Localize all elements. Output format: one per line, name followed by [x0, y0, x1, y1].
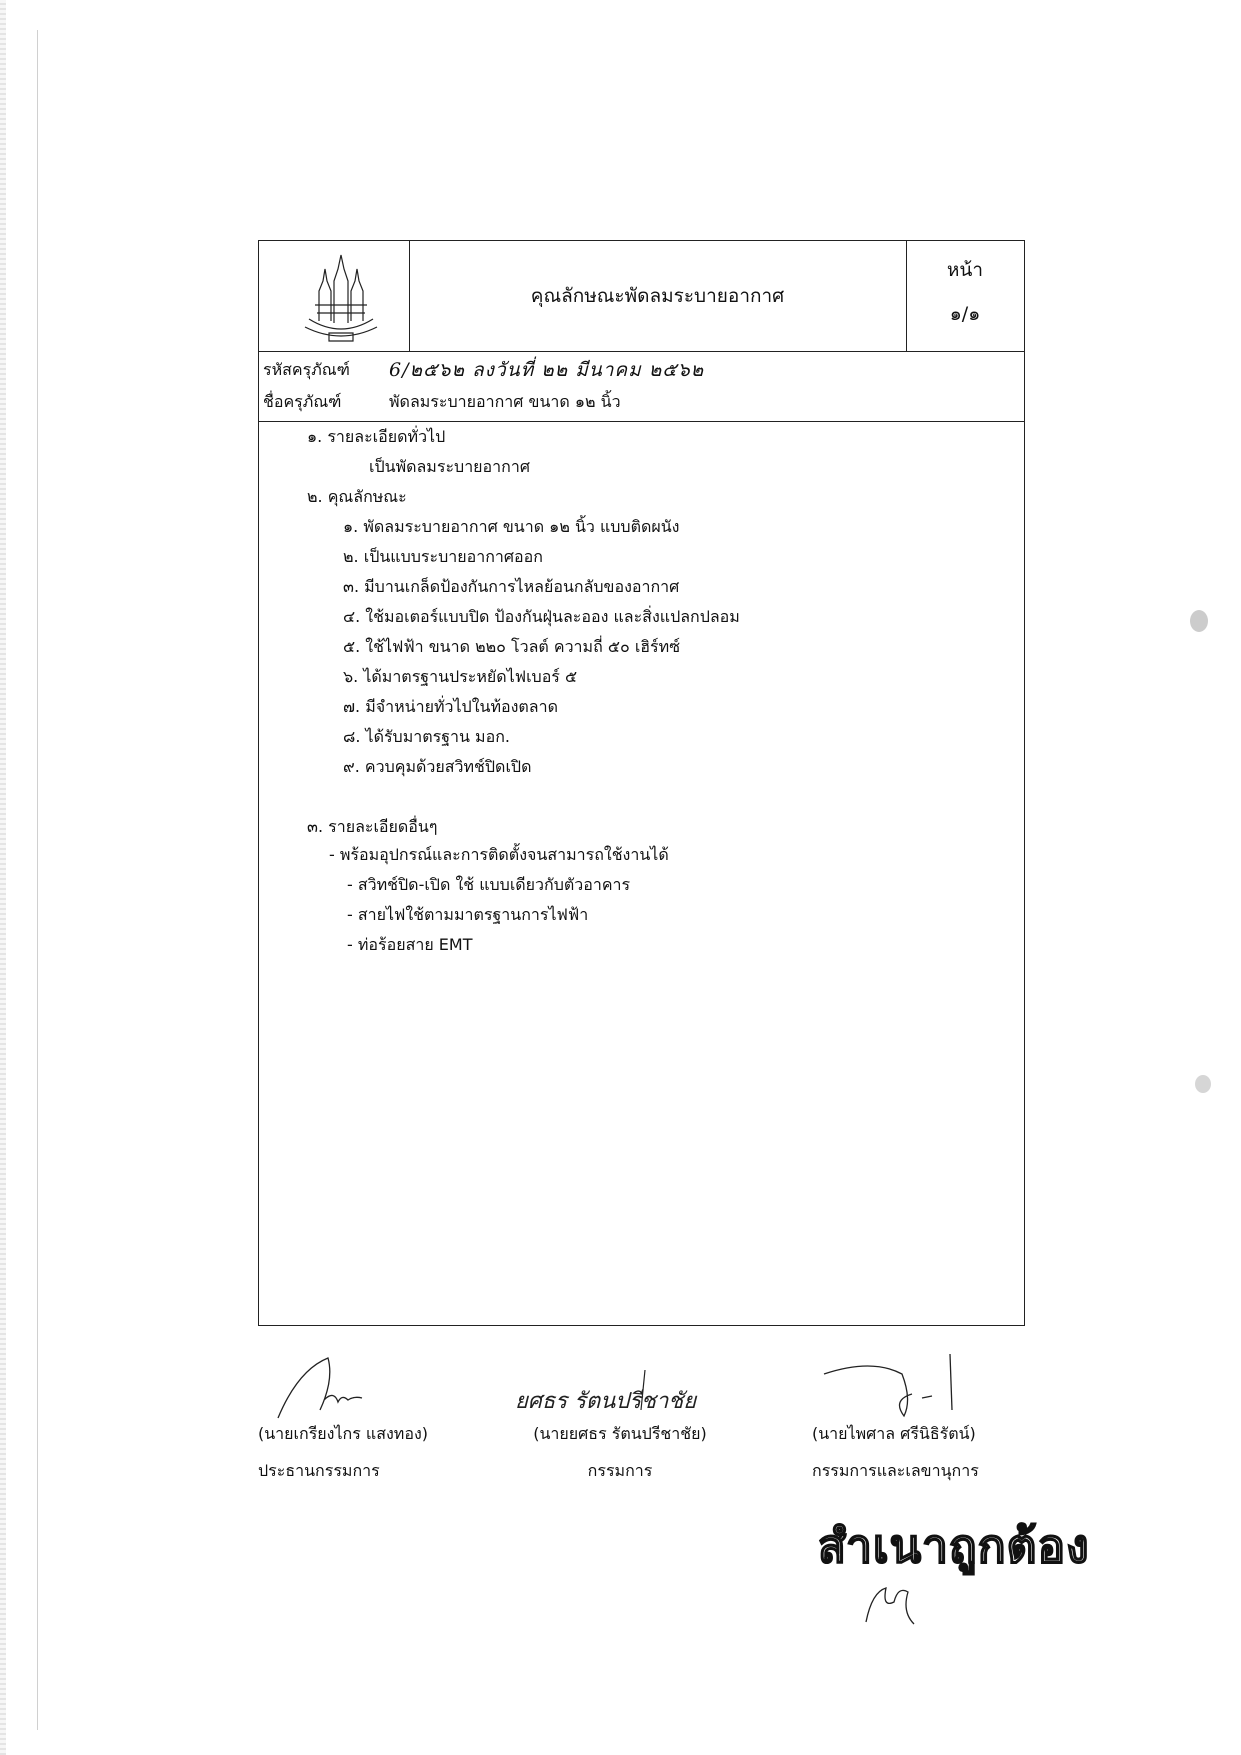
- page-number: ๑/๑: [906, 299, 1024, 329]
- list-item: ๕. ใช้ไฟฟ้า ขนาด ๒๒๐ โวลต์ ความถี่ ๕๐ เฮ…: [343, 635, 680, 660]
- signatory-secretary: (นายไพศาล ศรีนิธิรัตน์) กรรมการและเลขานุ…: [812, 1350, 1052, 1484]
- signatory-role: ประธานกรรมการ: [258, 1459, 498, 1484]
- stamp-signature-icon: [858, 1572, 928, 1628]
- institution-emblem-icon: [259, 241, 409, 351]
- section-heading: ๒. คุณลักษณะ: [307, 485, 407, 510]
- code-value: 6/๒๕๖๒ ลงวันที่ ๒๒ มีนาคม ๒๕๖๒: [389, 355, 704, 385]
- list-item: - สายไฟใช้ตามมาตรฐานการไฟฟ้า: [347, 903, 588, 928]
- spec-table: คุณลักษณะพัดลมระบายอากาศ หน้า ๑/๑ รหัสคร…: [258, 240, 1025, 1326]
- scan-artifact: [1195, 1075, 1211, 1093]
- signature-icon: [258, 1350, 398, 1422]
- signatory-member: ยศธร รัตนปรีชาชัย (นายยศธร รัตนปรีชาชัย)…: [500, 1350, 740, 1484]
- signatory-role: กรรมการและเลขานุการ: [812, 1459, 1052, 1484]
- equipment-meta: รหัสครุภัณฑ์ 6/๒๕๖๒ ลงวันที่ ๒๒ มีนาคม ๒…: [259, 351, 1024, 422]
- page-indicator: หน้า ๑/๑: [906, 241, 1024, 351]
- scan-edge: [0, 0, 6, 1755]
- name-label: ชื่อครุภัณฑ์: [263, 390, 389, 415]
- section-heading: ๓. รายละเอียดอื่นๆ: [307, 815, 437, 840]
- list-item: ๖. ได้มาตรฐานประหยัดไฟเบอร์ ๕: [343, 665, 577, 690]
- list-item: ๑. พัดลมระบายอากาศ ขนาด ๑๒ นิ้ว แบบติดผน…: [343, 515, 680, 540]
- list-item: ๘. ได้รับมาตรฐาน มอก.: [343, 725, 510, 750]
- code-row: รหัสครุภัณฑ์ 6/๒๕๖๒ ลงวันที่ ๒๒ มีนาคม ๒…: [263, 355, 704, 385]
- signature-icon: [812, 1350, 1012, 1422]
- list-item: - ท่อร้อยสาย EMT: [347, 933, 473, 958]
- section-heading: ๑. รายละเอียดทั่วไป: [307, 425, 445, 450]
- scan-edge-line: [37, 30, 38, 1730]
- code-label: รหัสครุภัณฑ์: [263, 358, 389, 383]
- list-item: - สวิทช์ปิด-เปิด ใช้ แบบเดียวกับตัวอาคาร: [347, 873, 630, 898]
- list-item: ๔. ใช้มอเตอร์แบบปิด ป้องกันฝุ่นละออง และ…: [343, 605, 740, 630]
- svg-text:ยศธร รัตนปรีชาชัย: ยศธร รัตนปรีชาชัย: [515, 1389, 698, 1414]
- signatory-role: กรรมการ: [500, 1459, 740, 1484]
- section-lead: - พร้อมอุปกรณ์และการติดตั้งจนสามารถใช้งา…: [329, 843, 669, 868]
- list-item: ๓. มีบานเกล็ดป้องกันการไหลย้อนกลับของอาก…: [343, 575, 679, 600]
- list-item: ๙. ควบคุมด้วยสวิทช์ปิดเปิด: [343, 755, 531, 780]
- document-title: คุณลักษณะพัดลมระบายอากาศ: [409, 241, 907, 351]
- logo-cell: [259, 241, 410, 351]
- signatory-name: (นายยศธร รัตนปรีชาชัย): [500, 1422, 740, 1447]
- name-row: ชื่อครุภัณฑ์ พัดลมระบายอากาศ ขนาด ๑๒ นิ้…: [263, 387, 621, 417]
- signature-icon: ยศธร รัตนปรีชาชัย: [505, 1350, 735, 1422]
- list-item: ๒. เป็นแบบระบายอากาศออก: [343, 545, 543, 570]
- name-value: พัดลมระบายอากาศ ขนาด ๑๒ นิ้ว: [389, 390, 621, 415]
- signatory-chairman: (นายเกรียงไกร แสงทอง) ประธานกรรมการ: [258, 1350, 498, 1484]
- section-text: เป็นพัดลมระบายอากาศ: [369, 455, 530, 480]
- signatory-name: (นายไพศาล ศรีนิธิรัตน์): [812, 1422, 1052, 1447]
- page-label: หน้า: [906, 255, 1024, 285]
- signatory-name: (นายเกรียงไกร แสงทอง): [258, 1422, 498, 1447]
- list-item: ๗. มีจำหน่ายทั่วไปในท้องตลาด: [343, 695, 558, 720]
- table-header: คุณลักษณะพัดลมระบายอากาศ หน้า ๑/๑: [259, 241, 1024, 352]
- scan-artifact: [1190, 610, 1208, 632]
